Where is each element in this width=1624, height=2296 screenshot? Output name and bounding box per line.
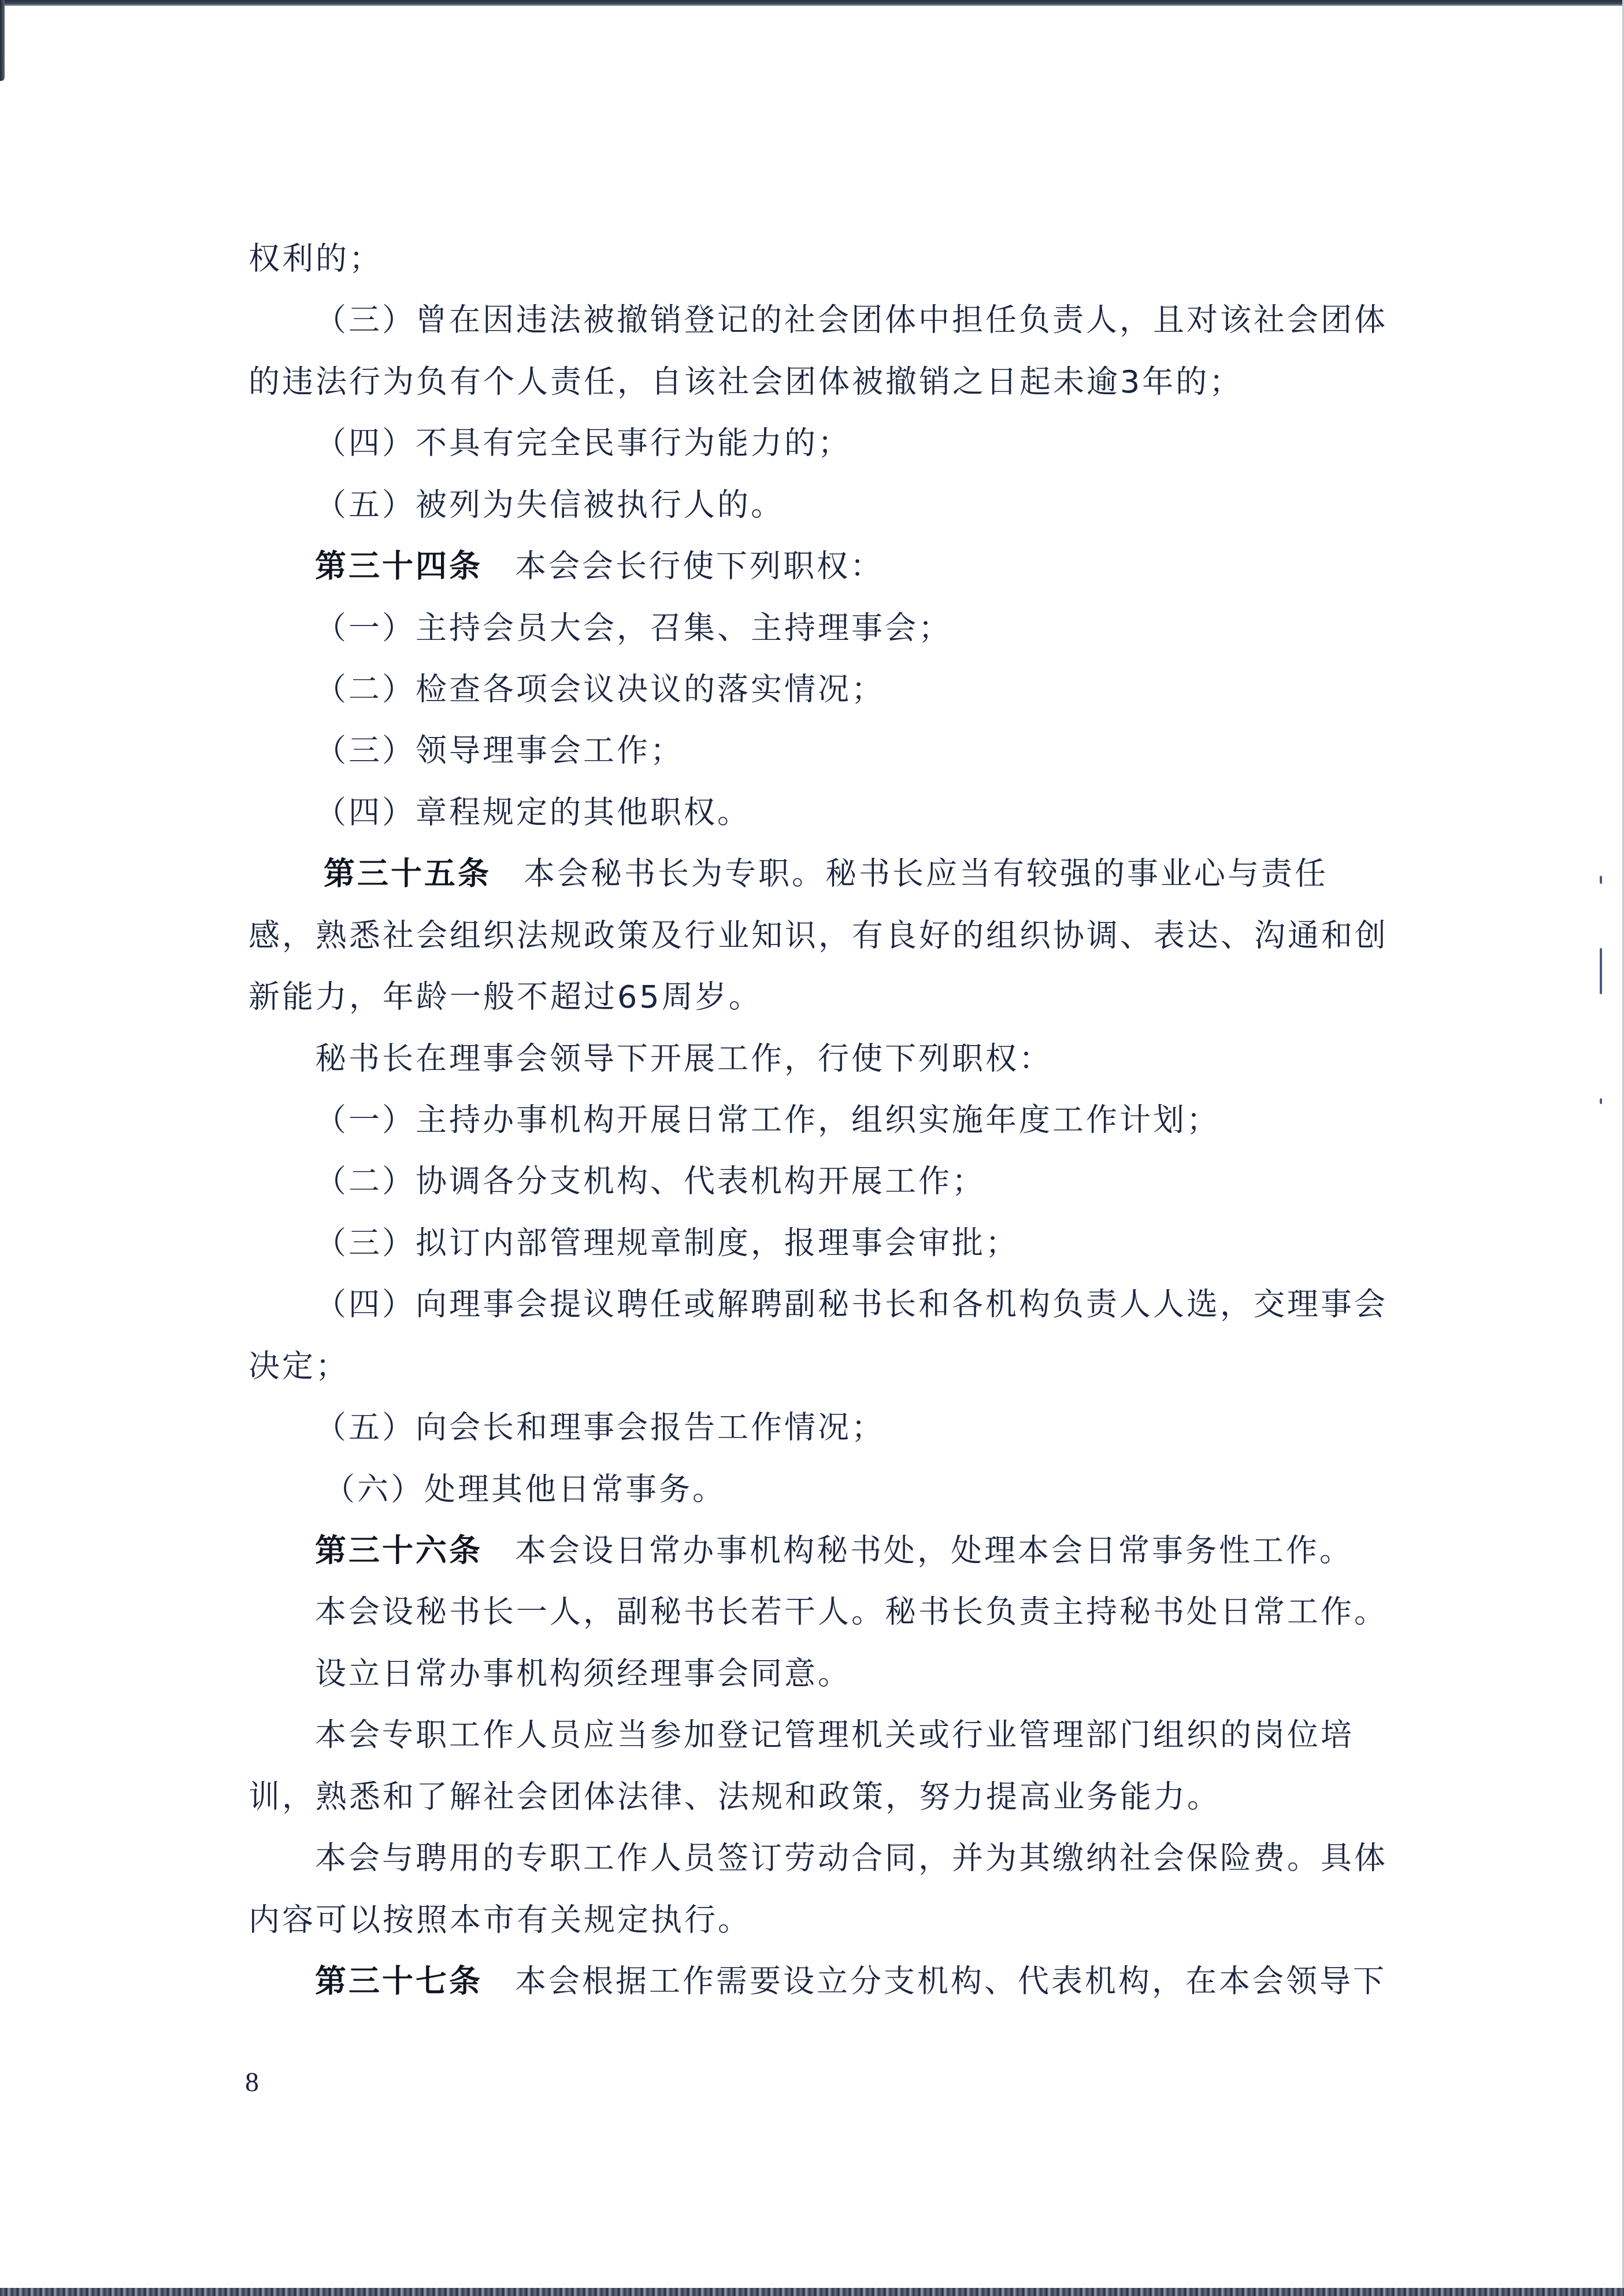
text-line: 本会专职工作人员应当参加登记管理机关或行业管理部门组织的岗位培 — [315, 1712, 1354, 1776]
article-heading-line: 第三十七条本会根据工作需要设立分支机构、代表机构，在本会领导下 — [315, 1958, 1386, 2022]
line-text: （三）曾在因违法被撤销登记的社会团体中担任负责人，且对该社会团体 — [315, 302, 1388, 338]
text-line: 内容可以按照本市有关规定执行。 — [249, 1897, 751, 1961]
text-line: 秘书长在理事会领导下开展工作，行使下列职权： — [315, 1036, 1052, 1099]
line-text: 本会专职工作人员应当参加登记管理机关或行业管理部门组织的岗位培 — [315, 1717, 1354, 1753]
text-line: 本会设秘书长一人，副秘书长若干人。秘书长负责主持秘书处日常工作。 — [315, 1589, 1388, 1653]
line-text: 新能力，年龄一般不超过65周岁。 — [249, 979, 762, 1015]
text-line: （二）检查各项会议决议的落实情况； — [315, 666, 885, 730]
text-line: （六）处理其他日常事务。 — [324, 1467, 726, 1530]
text-line: （四）不具有完全民事行为能力的； — [315, 420, 851, 484]
text-line: （五）向会长和理事会报告工作情况； — [315, 1405, 885, 1468]
text-line: （三）领导理事会工作； — [315, 728, 684, 791]
line-text: （五）被列为失信被执行人的。 — [315, 487, 784, 523]
text-line: （一）主持会员大会，召集、主持理事会； — [315, 605, 952, 669]
line-text: 感，熟悉社会组织法规政策及行业知识，有良好的组织协调、表达、沟通和创 — [249, 917, 1388, 954]
line-text: 设立日常办事机构须经理事会同意。 — [315, 1656, 851, 1692]
text-line: （四）章程规定的其他职权。 — [315, 790, 751, 853]
line-text: （六）处理其他日常事务。 — [324, 1471, 726, 1508]
text-line: 本会与聘用的专职工作人员签订劳动合同，并为其缴纳社会保险费。具体 — [315, 1835, 1388, 1899]
text-line: （四）向理事会提议聘任或解聘副秘书长和各机构负责人人选，交理事会 — [315, 1282, 1388, 1345]
line-text: （一）主持办事机构开展日常工作，组织实施年度工作计划； — [315, 1102, 1220, 1138]
line-text: 权利的； — [249, 240, 383, 277]
text-line: （三）曾在因违法被撤销登记的社会团体中担任负责人，且对该社会团体 — [315, 297, 1388, 361]
text-line: 新能力，年龄一般不超过65周岁。 — [249, 974, 762, 1038]
page-number: 8 — [245, 2067, 259, 2098]
text-line: 训，熟悉和了解社会团体法律、法规和政策，努力提高业务能力。 — [249, 1774, 1221, 1838]
line-text: 本会秘书长为专职。秘书长应当有较强的事业心与责任 — [524, 856, 1328, 892]
line-text: 本会与聘用的专职工作人员签订劳动合同，并为其缴纳社会保险费。具体 — [315, 1840, 1388, 1876]
line-text: 秘书长在理事会领导下开展工作，行使下列职权： — [315, 1040, 1052, 1077]
line-text: 训，熟悉和了解社会团体法律、法规和政策，努力提高业务能力。 — [249, 1779, 1221, 1815]
text-line: （一）主持办事机构开展日常工作，组织实施年度工作计划； — [315, 1097, 1220, 1161]
line-text: 本会设日常办事机构秘书处，处理本会日常事务性工作。 — [515, 1532, 1353, 1569]
line-text: 决定； — [249, 1348, 349, 1384]
text-line: （二）协调各分支机构、代表机构开展工作； — [315, 1158, 985, 1222]
text-line: 感，熟悉社会组织法规政策及行业知识，有良好的组织协调、表达、沟通和创 — [249, 913, 1388, 976]
line-text: （二）检查各项会议决议的落实情况； — [315, 671, 885, 708]
line-text: （三）拟订内部管理规章制度，报理事会审批； — [315, 1225, 1019, 1261]
line-text: （一）主持会员大会，召集、主持理事会； — [315, 610, 952, 646]
line-text: 的违法行为负有个人责任，自该社会团体被撤销之日起未逾3年的； — [249, 364, 1243, 400]
text-line: 决定； — [249, 1343, 349, 1407]
text-line: 权利的； — [249, 236, 383, 299]
text-line: 设立日常办事机构须经理事会同意。 — [315, 1651, 851, 1714]
line-text: 本会根据工作需要设立分支机构、代表机构，在本会领导下 — [515, 1963, 1386, 1999]
text-line: （五）被列为失信被执行人的。 — [315, 482, 784, 546]
text-line: （三）拟订内部管理规章制度，报理事会审批； — [315, 1220, 1019, 1284]
body-text: 权利的； （三）曾在因违法被撤销登记的社会团体中担任负责人，且对该社会团体 的违… — [0, 0, 1624, 2296]
article-heading: 第三十六条 — [315, 1532, 483, 1569]
line-text: （四）章程规定的其他职权。 — [315, 794, 751, 831]
line-text: 内容可以按照本市有关规定执行。 — [249, 1902, 751, 1938]
article-36: 第三十六条本会设日常办事机构秘书处，处理本会日常事务性工作。 — [315, 1528, 1353, 1591]
line-text: （四）向理事会提议聘任或解聘副秘书长和各机构负责人人选，交理事会 — [315, 1286, 1388, 1323]
text-line: 的违法行为负有个人责任，自该社会团体被撤销之日起未逾3年的； — [249, 359, 1243, 423]
line-text: 本会会长行使下列职权： — [515, 548, 884, 584]
article-35: 第三十五条本会秘书长为专职。秘书长应当有较强的事业心与责任 — [324, 851, 1328, 914]
article-heading: 第三十五条 — [324, 856, 491, 892]
line-text: （三）领导理事会工作； — [315, 732, 684, 769]
document-page: 权利的； （三）曾在因违法被撤销登记的社会团体中担任负责人，且对该社会团体 的违… — [0, 0, 1624, 2296]
line-text: （五）向会长和理事会报告工作情况； — [315, 1409, 885, 1446]
article-heading: 第三十四条 — [315, 548, 483, 584]
line-text: 本会设秘书长一人，副秘书长若干人。秘书长负责主持秘书处日常工作。 — [315, 1594, 1388, 1630]
article-heading: 第三十七条 — [315, 1963, 483, 1999]
line-text: （二）协调各分支机构、代表机构开展工作； — [315, 1163, 985, 1199]
article-34: 第三十四条本会会长行使下列职权： — [315, 543, 884, 607]
line-text: （四）不具有完全民事行为能力的； — [315, 425, 851, 461]
